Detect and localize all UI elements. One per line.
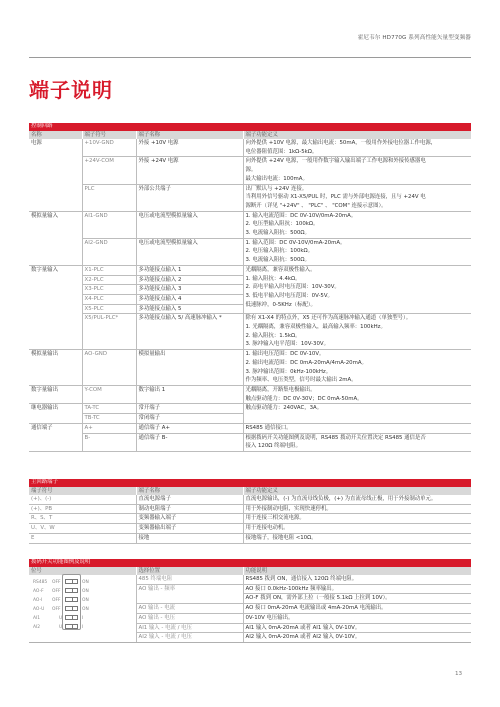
terminal-name: 变频器输出端子 xyxy=(136,524,243,534)
dip-switch-diagram: RS485OFFON AO-FOFFON AO-IOFFON AO-UOFFON… xyxy=(29,575,136,642)
terminal-definition: 除有 X1-X4 的特点外，X5 还可作为高速脉冲输入通道（单独型号）。 1. … xyxy=(243,314,471,350)
dip-switch-ao-i: AO-IOFFON xyxy=(31,596,111,604)
terminal-symbol: X4-PLC xyxy=(82,294,136,304)
table-row: +24V-COM 外接 +24V 电源 向外提供 +24V 电源，一般用作数字输… xyxy=(29,157,471,184)
terminal-symbol: TA-TC xyxy=(82,404,136,414)
terminal-symbol: X2-PLC xyxy=(82,275,136,285)
toggle-icon xyxy=(65,588,78,593)
section-title: 控制回路 xyxy=(29,123,471,131)
terminal-name: 外接 +10V 电源 xyxy=(136,139,243,157)
terminal-definition: 1. 输入范围：DC 0V-10V/0mA-20mA。 2. 电压输入阻抗：10… xyxy=(243,238,471,265)
terminal-definition: 1. 输出电压范围：DC 0V-10V。 2. 输出电流范围：DC 0mA-20… xyxy=(243,350,471,386)
column-header: 选择位置 xyxy=(136,567,243,576)
column-header: 端子符号 xyxy=(29,487,136,496)
column-header: 名称 xyxy=(29,131,82,140)
toggle-icon xyxy=(65,615,78,620)
group-name: 通信端子 xyxy=(29,423,82,451)
table-row: PLC 外部公共端子 出厂默认与 +24V 连接。 当利用外信号驱动 X1-X5… xyxy=(29,184,471,211)
terminal-definition: 根据拨码开关功能图例及说明，RS485 拨动开关位置决定 RS485 通信是否 … xyxy=(243,433,471,451)
select-position: 485 终端电阻 xyxy=(136,575,243,584)
table-row: 数字量输出 Y-COM 数字输出 1 光耦隔离，开路集电极输出。 触点驱动能力：… xyxy=(29,385,471,403)
terminal-name: 直流电源端子 xyxy=(136,495,243,504)
table-row: (+)、(-) 直流电源端子 直流电源输出，(-) 为直流母线负极，(+) 为直… xyxy=(29,495,471,504)
table-row: 电源 +10V-GND 外接 +10V 电源 向外提供 +10V 电源，最大输出… xyxy=(29,139,471,157)
terminal-name: 电压或电流型模拟量输入 xyxy=(136,211,243,238)
dip-switch-rs485: RS485OFFON xyxy=(31,578,111,586)
terminal-name: 多功能接点输入 2 xyxy=(136,275,243,285)
terminal-symbol: +24V-COM xyxy=(82,157,136,184)
terminal-symbol: PLC xyxy=(82,184,136,211)
column-header: 功能说明 xyxy=(243,567,471,576)
group-name: 继电器输出 xyxy=(29,404,82,423)
function-description: AI2 输入 0mA-20mA 或者 AI2 输入 0V-10V。 xyxy=(243,633,471,643)
column-header: 位号 xyxy=(29,567,136,576)
terminal-symbol: X3-PLC xyxy=(82,285,136,295)
select-position: AO 输出 - 频率 xyxy=(136,584,243,603)
group-name: 数字量输入 xyxy=(29,265,82,349)
page-title: 端子说明 xyxy=(29,74,113,103)
terminal-definition: RS485 通信接口。 xyxy=(243,423,471,433)
terminal-name: 制动电阻端子 xyxy=(136,504,243,514)
table-row: U、V、W 变频器输出端子 用于连接电动机。 xyxy=(29,524,471,534)
dip-switch-ai1: AI1UI xyxy=(31,614,111,622)
control-circuit-table: 控制回路 名称 端子符号 端子名称 端子功能定义 电源 +10V-GND 外接 … xyxy=(29,123,471,452)
main-circuit-table: 主回路端子 端子符号 端子名称 端子功能定义 (+)、(-) 直流电源端子 直流… xyxy=(29,479,471,544)
terminal-definition: 接地端子，接地电阻 <10Ω。 xyxy=(243,533,471,543)
terminal-definition: 直流电源输出，(-) 为直流母线负极，(+) 为直流母线正极，用于外接制动单元。 xyxy=(243,495,471,504)
function-description: RS485 拨到 ON，通信接入 120Ω 终端电阻。 xyxy=(243,575,471,584)
terminal-name: 数字输出 1 xyxy=(136,385,243,403)
document-header: 霍尼韦尔 HD770G 系列高性能矢量型变频器 xyxy=(0,33,471,41)
function-description: AI1 输入 0mA-20mA 或者 AI1 输入 0V-10V。 xyxy=(243,623,471,633)
table-row: E 接地 接地端子，接地电阻 <10Ω。 xyxy=(29,533,471,543)
terminal-name: 多功能接点输入 5/ 高速脉冲输入 * xyxy=(136,314,243,350)
table-row: AI2-GND 电压或电流型模拟量输入 1. 输入范围：DC 0V-10V/0m… xyxy=(29,238,471,265)
group-name: 数字量输出 xyxy=(29,385,82,403)
table-row: 模拟量输入 AI1-GND 电压或电流型模拟量输入 1. 输入电流范围：DC 0… xyxy=(29,211,471,238)
terminal-name: 接地 xyxy=(136,533,243,543)
terminal-name: 外接 +24V 电源 xyxy=(136,157,243,184)
terminal-name: 常开端子 xyxy=(136,404,243,414)
toggle-icon xyxy=(65,606,78,611)
select-position: AI1 输入 - 电流 / 电压 xyxy=(136,623,243,633)
function-description: AO-F 拨到 ON，需外部上拉（一般接 5.1kΩ 上拉到 10V）。 xyxy=(243,594,471,604)
page-number: 13 xyxy=(455,671,462,677)
terminal-name: 多功能接点输入 1 xyxy=(136,265,243,275)
terminal-definition: 出厂默认与 +24V 连接。 当利用外信号驱动 X1-X5/PUL 时，PLC … xyxy=(243,184,471,211)
group-name: 电源 xyxy=(29,139,82,211)
terminal-definition: 触点驱动能力：240VAC，3A。 xyxy=(243,404,471,423)
toggle-icon xyxy=(65,597,78,602)
table-row: 通信端子 A+ 通信端子 A+ RS485 通信接口。 xyxy=(29,423,471,433)
function-description: AO 接口 0mA-20mA 电流输出或 4mA-20mA 电流输出。 xyxy=(243,604,471,614)
terminal-definition: 用于外接制动电阻，实现快速停机。 xyxy=(243,504,471,514)
terminal-name: 常闭端子 xyxy=(136,414,243,424)
terminal-symbol: AI2-GND xyxy=(82,238,136,265)
terminal-symbol: X5/PUL-PLC* xyxy=(82,314,136,350)
terminal-definition: 用于连接电动机。 xyxy=(243,524,471,534)
section-title: 主回路端子 xyxy=(29,479,471,487)
group-name: 模拟量输出 xyxy=(29,350,82,386)
terminal-definition: 光耦隔离，开路集电极输出。 触点驱动能力：DC 0V-30V；DC 0mA-50… xyxy=(243,385,471,403)
terminal-symbol: E xyxy=(29,533,136,543)
toggle-icon xyxy=(65,579,78,584)
function-description: 0V-10V 电压输出。 xyxy=(243,613,471,623)
terminal-symbol: AI1-GND xyxy=(82,211,136,238)
table-row: 数字量输入 X1-PLC 多功能接点输入 1 光耦隔离，兼容双极性输入。 1. … xyxy=(29,265,471,275)
terminal-symbol: Y-COM xyxy=(82,385,136,403)
terminal-symbol: (+)、PB xyxy=(29,504,136,514)
column-header: 端子符号 xyxy=(82,131,136,140)
table-row: B- 通信端子 B- 根据拨码开关功能图例及说明，RS485 拨动开关位置决定 … xyxy=(29,433,471,451)
table-row: X5/PUL-PLC* 多功能接点输入 5/ 高速脉冲输入 * 除有 X1-X4… xyxy=(29,314,471,350)
terminal-definition: 用于连接三相交流电源。 xyxy=(243,514,471,524)
terminal-symbol: (+)、(-) xyxy=(29,495,136,504)
terminal-name: 多功能接点输入 3 xyxy=(136,285,243,295)
terminal-definition: 向外提供 +10V 电源，最大输出电流：50mA，一般用作外接电位器工作电源， … xyxy=(243,139,471,157)
dip-switch-ao-u: AO-UOFFON xyxy=(31,605,111,613)
terminal-name: 多功能接点输入 4 xyxy=(136,294,243,304)
column-header: 端子名称 xyxy=(136,131,243,140)
terminal-definition: 光耦隔离，兼容双极性输入。 1. 输入阻抗：4.4kΩ。 2. 高电平输入时电压… xyxy=(243,265,471,314)
table-row: 继电器输出 TA-TC 常开端子 触点驱动能力：240VAC，3A。 xyxy=(29,404,471,414)
select-position: AI2 输入 - 电流 / 电压 xyxy=(136,633,243,643)
terminal-name: 通信端子 A+ xyxy=(136,423,243,433)
select-position: AO 输出 - 电流 xyxy=(136,604,243,614)
terminal-name: 外部公共端子 xyxy=(136,184,243,211)
terminal-symbol: +10V-GND xyxy=(82,139,136,157)
terminal-name: 模拟量输出 xyxy=(136,350,243,386)
terminal-symbol: B- xyxy=(82,433,136,451)
dip-switch-ai2: AI2UI xyxy=(31,623,111,631)
section-title: 拨码开关功能图例及说明 xyxy=(29,559,471,567)
terminal-symbol: TB-TC xyxy=(82,414,136,424)
select-position: AO 输出 - 电压 xyxy=(136,613,243,623)
terminal-symbol: X1-PLC xyxy=(82,265,136,275)
terminal-symbol: R、S、T xyxy=(29,514,136,524)
group-name: 模拟量输入 xyxy=(29,211,82,265)
terminal-name: 变频器输入端子 xyxy=(136,514,243,524)
terminal-name: 电压或电流型模拟量输入 xyxy=(136,238,243,265)
terminal-definition: 向外提供 +24V 电源，一般用作数字输入输出端子工作电源和外接传感器电 源。 … xyxy=(243,157,471,184)
terminal-symbol: U、V、W xyxy=(29,524,136,534)
column-header: 端子功能定义 xyxy=(243,487,471,496)
header-divider xyxy=(29,57,471,58)
terminal-symbol: X5-PLC xyxy=(82,304,136,314)
table-row: 模拟量输出 AO-GND 模拟量输出 1. 输出电压范围：DC 0V-10V。 … xyxy=(29,350,471,386)
terminal-definition: 1. 输入电流范围：DC 0V-10V/0mA-20mA。 2. 电压型输入阻抗… xyxy=(243,211,471,238)
column-header: 端子功能定义 xyxy=(243,131,471,140)
terminal-symbol: AO-GND xyxy=(82,350,136,386)
dip-switch-table: 拨码开关功能图例及说明 位号 选择位置 功能说明 RS485OFFON AO-F… xyxy=(29,559,471,643)
terminal-name: 通信端子 B- xyxy=(136,433,243,451)
column-header: 端子名称 xyxy=(136,487,243,496)
terminal-name: 多功能接点输入 5 xyxy=(136,304,243,314)
toggle-icon xyxy=(65,624,78,629)
table-row: RS485OFFON AO-FOFFON AO-IOFFON AO-UOFFON… xyxy=(29,575,471,584)
function-description: AO 接口 0.0kHz-100kHz 频率输出。 xyxy=(243,584,471,594)
table-row: (+)、PB 制动电阻端子 用于外接制动电阻，实现快速停机。 xyxy=(29,504,471,514)
terminal-symbol: A+ xyxy=(82,423,136,433)
table-row: R、S、T 变频器输入端子 用于连接三相交流电源。 xyxy=(29,514,471,524)
dip-switch-ao-f: AO-FOFFON xyxy=(31,587,111,595)
